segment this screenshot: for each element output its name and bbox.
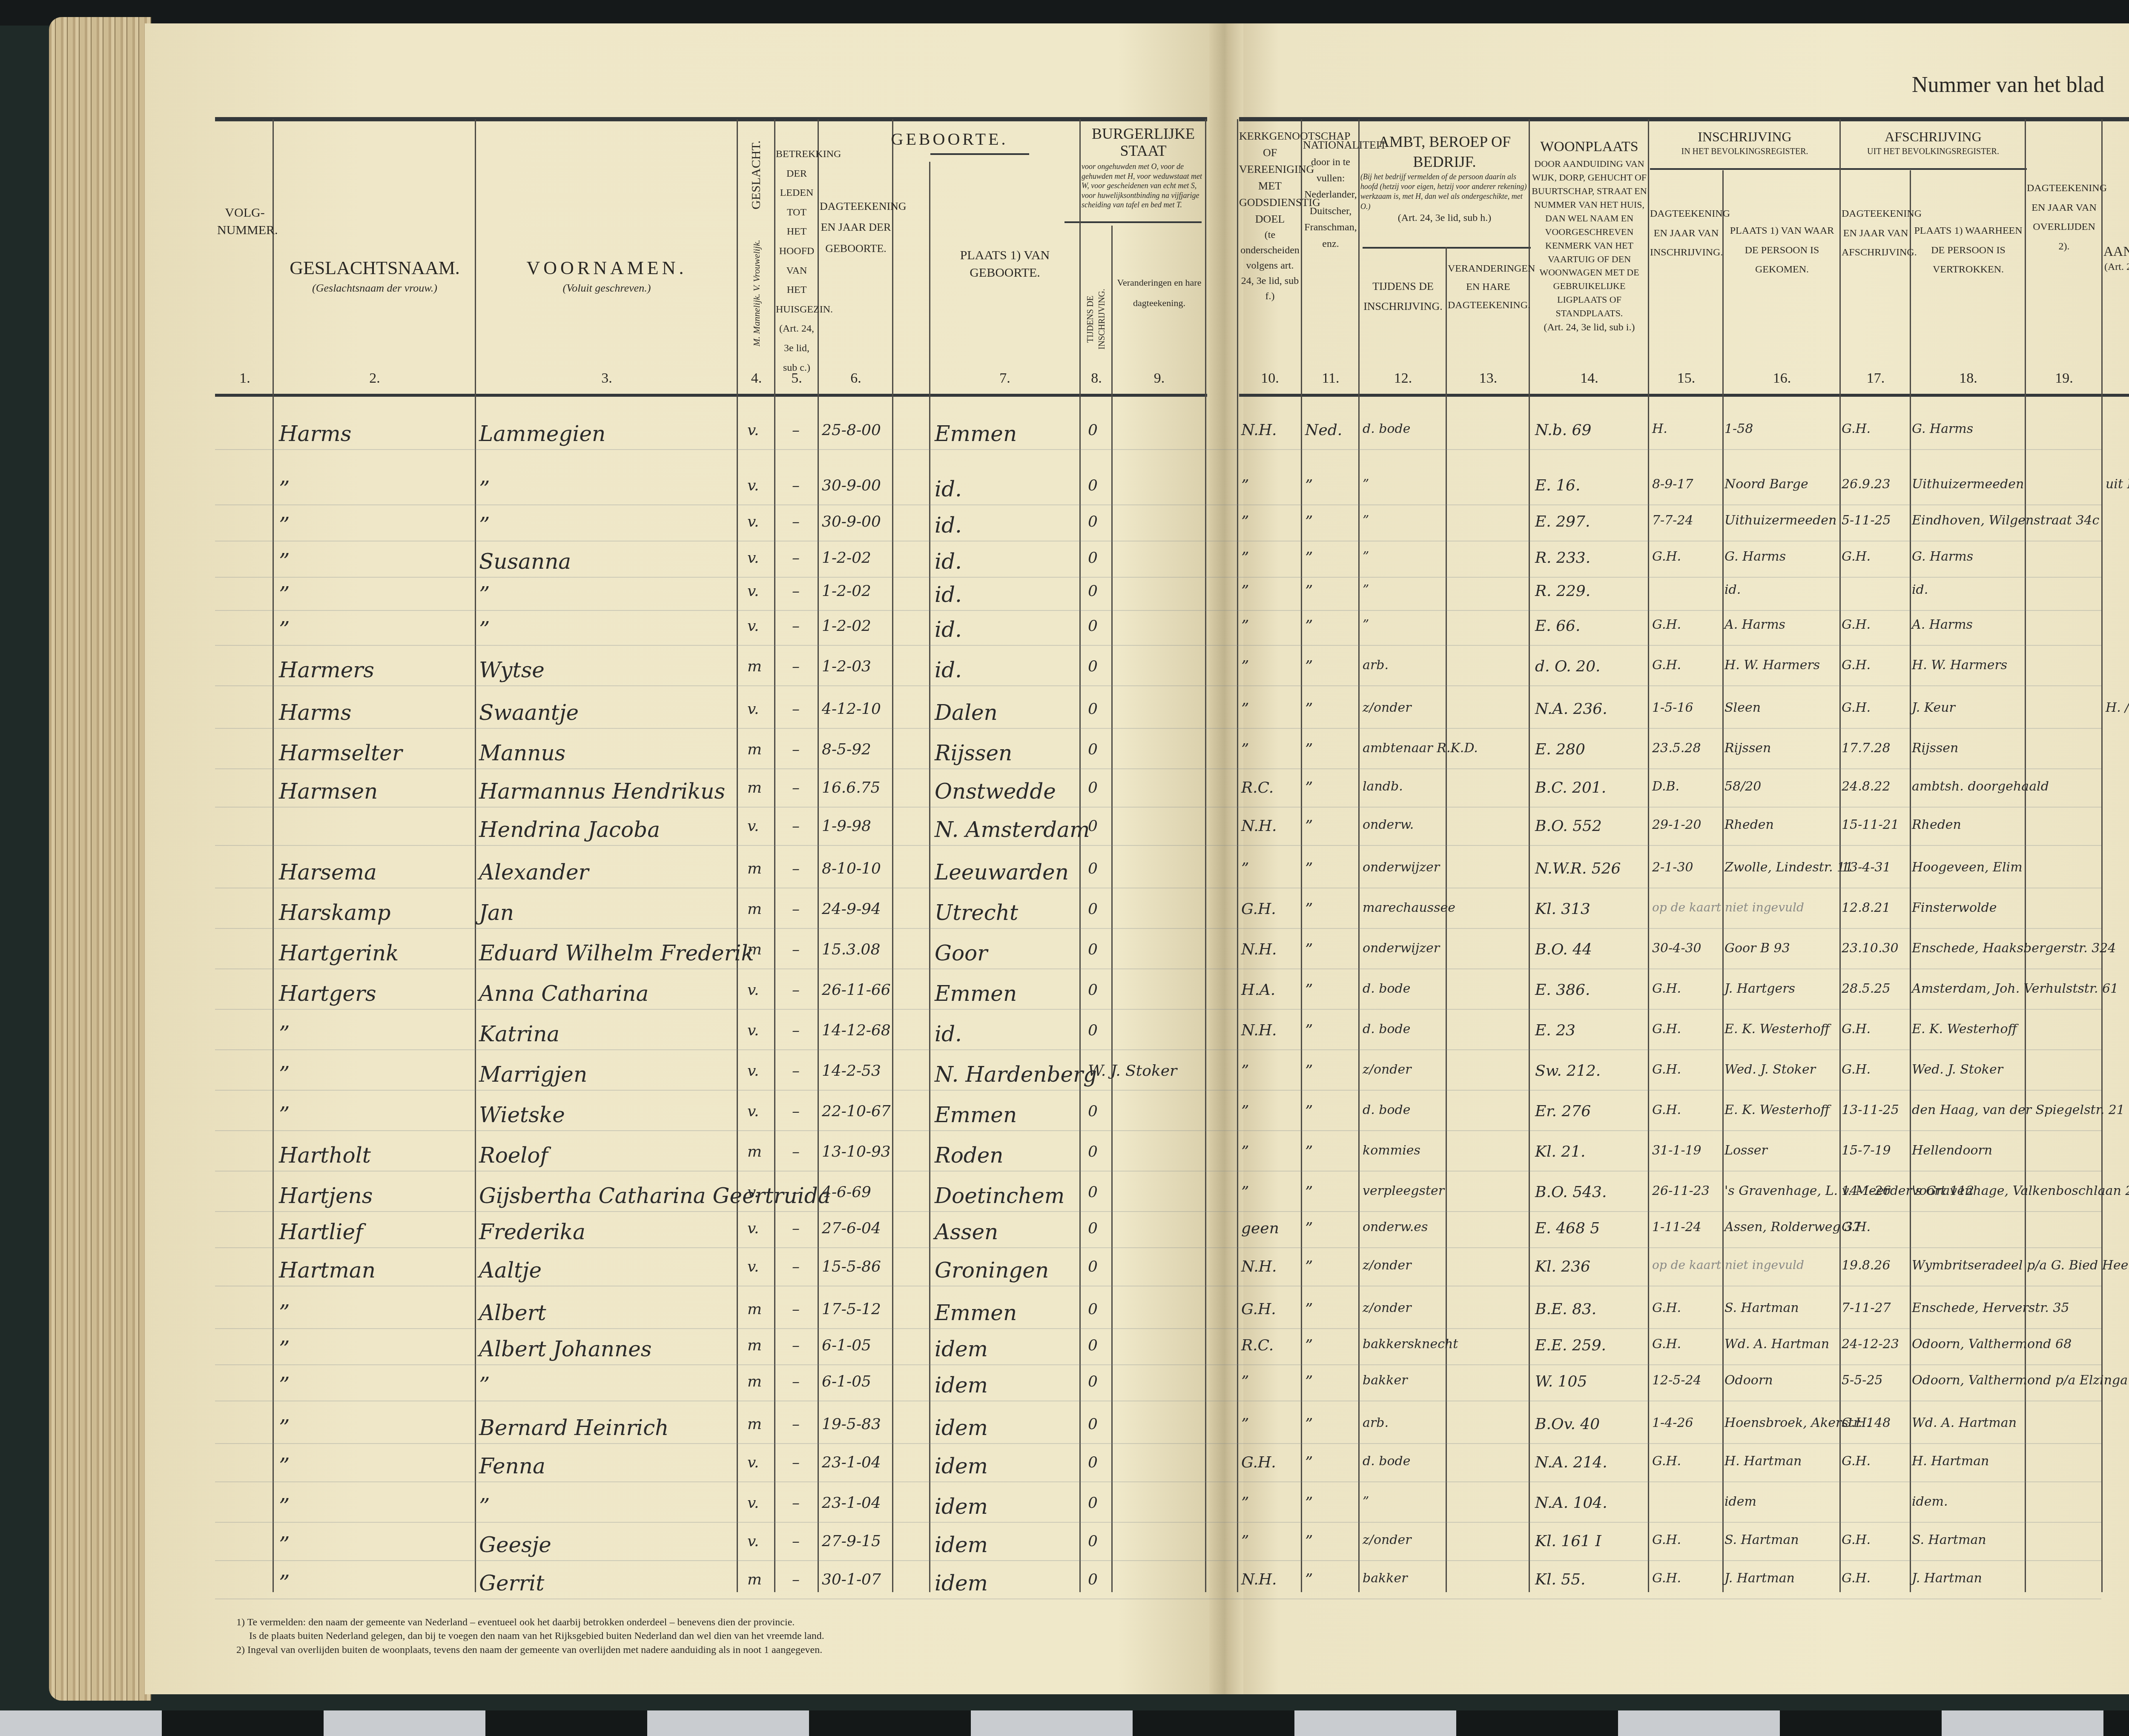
cell-given: Gijsbertha Catharina Geertruida xyxy=(479,1183,831,1208)
header-col1: Volg-nummer. xyxy=(217,204,273,239)
cell-ins-from: E. K. Westerhoff xyxy=(1724,1103,1830,1117)
row-ruling xyxy=(215,1130,2101,1131)
cell-born: 22-10-67 xyxy=(822,1103,891,1120)
row-ruling xyxy=(215,504,2101,505)
col-number-19: 19. xyxy=(2027,370,2101,387)
cell-address: N.A. 104. xyxy=(1535,1494,1607,1512)
cell-civil: 0 xyxy=(1088,513,1098,530)
cell-surname: Harmsen xyxy=(279,779,378,804)
cell-civil: 0 xyxy=(1088,582,1098,600)
cell-occ: arb. xyxy=(1363,658,1389,673)
header-col2-sub: (Geslachtsnaam der vrouw.) xyxy=(275,281,475,295)
cell-born: 27-9-15 xyxy=(822,1533,881,1550)
cell-occ: ” xyxy=(1363,1494,1369,1509)
cell-surname: Hartgerink xyxy=(279,941,399,965)
header-top-rule xyxy=(215,117,1207,121)
cell-ins-from: G. Harms xyxy=(1724,549,1786,564)
header-col10: Kerkgenootschap of vereeniging met godsd… xyxy=(1239,128,1301,304)
header-ambt-sub: (Bij het bedrijf vermelden of de persoon… xyxy=(1360,172,1529,212)
cell-occ: kommies xyxy=(1363,1143,1420,1158)
cell-place: idem xyxy=(935,1337,988,1361)
cell-ins-date: 2-1-30 xyxy=(1652,860,1693,875)
cell-civil: 0 xyxy=(1088,658,1098,675)
cell-church: ” xyxy=(1241,1373,1249,1390)
cell-civil: 0 xyxy=(1088,1220,1098,1237)
cell-ins-date: 23.5.28 xyxy=(1652,741,1701,756)
cell-afs-date: 12.8.21 xyxy=(1842,900,1891,915)
cell-rel: – xyxy=(792,513,800,530)
cell-occ: arb. xyxy=(1363,1415,1389,1430)
cell-place: idem xyxy=(935,1454,988,1478)
cell-sex: m xyxy=(747,1143,762,1160)
header-ambt-art: (Art. 24, 3e lid, sub h.) xyxy=(1360,212,1529,225)
cell-church: R.C. xyxy=(1241,779,1274,796)
cell-nat: ” xyxy=(1305,1533,1313,1550)
cell-given: Frederika xyxy=(479,1220,585,1244)
cell-address: B.O. 552 xyxy=(1535,817,1602,835)
cell-born: 30-9-00 xyxy=(822,477,881,494)
cell-occ: ” xyxy=(1363,582,1369,597)
header-col11-title: Nationaliteit xyxy=(1303,136,1358,154)
cell-civil: 0 xyxy=(1088,477,1098,494)
cell-given: Bernard Heinrich xyxy=(479,1415,669,1440)
cell-place: idem xyxy=(935,1415,988,1440)
row-ruling xyxy=(215,968,2101,969)
cell-surname: Harmers xyxy=(279,658,374,682)
cell-given: Susanna xyxy=(479,549,571,574)
cell-address: B.O. 543. xyxy=(1535,1183,1607,1201)
header-inschrijving: Inschrijving in het bevolkingsregister. xyxy=(1650,128,1839,158)
cell-born: 15.3.08 xyxy=(822,941,880,958)
cell-rel: – xyxy=(792,549,800,567)
cell-ins-from: H. W. Harmers xyxy=(1724,658,1820,673)
cell-place: Assen xyxy=(935,1220,998,1244)
cell-civil: 0 xyxy=(1088,1103,1098,1120)
cell-place: id. xyxy=(935,1022,962,1046)
cell-surname: Harskamp xyxy=(279,900,391,925)
cell-surname: Hartjens xyxy=(279,1183,373,1208)
header-col4-sub: M. Mannelijk. V. Vrouwelijk. xyxy=(750,240,763,347)
header-col9: Veranderingen en hare dagteekening. xyxy=(1113,272,1205,314)
col-divider xyxy=(1111,226,1113,1592)
cell-sex: v. xyxy=(747,582,759,600)
cell-born: 6-1-05 xyxy=(822,1337,871,1354)
cell-civil: 0 xyxy=(1088,1337,1098,1354)
cell-surname: ” xyxy=(279,1494,290,1519)
cell-afs-date: G.H. xyxy=(1842,1415,1871,1430)
row-ruling xyxy=(215,928,2101,929)
col-number-7: 7. xyxy=(930,370,1079,387)
cell-ins-from: Odoorn xyxy=(1724,1373,1773,1388)
cell-rel: – xyxy=(792,658,800,675)
cell-ins-date: 7-7-24 xyxy=(1652,513,1693,528)
cell-nat: ” xyxy=(1305,617,1313,635)
cell-given: Geesje xyxy=(479,1533,551,1557)
cell-ins-date: G.H. xyxy=(1652,1103,1681,1117)
cell-church: H.A. xyxy=(1241,981,1275,999)
cell-afs-to: G. Harms xyxy=(1912,549,1973,564)
header-col5-title: Betrekking der leden tot het hoofd van h… xyxy=(776,145,818,319)
footnote-2: 2) Ingeval van overlijden buiten de woon… xyxy=(236,1643,824,1657)
row-ruling xyxy=(215,1328,2101,1329)
cell-born: 1-2-02 xyxy=(822,617,871,635)
cell-ins-from: A. Harms xyxy=(1724,617,1785,632)
cell-afs-date: G.H. xyxy=(1842,1022,1871,1037)
cell-church: ” xyxy=(1241,582,1249,600)
cell-born: 8-5-92 xyxy=(822,741,871,758)
cell-civil: 0 xyxy=(1088,1301,1098,1318)
cell-surname: ” xyxy=(279,1571,290,1596)
cell-nat: ” xyxy=(1305,1183,1313,1201)
cell-afs-date: 7-11-27 xyxy=(1842,1301,1891,1315)
cell-rel: – xyxy=(792,617,800,635)
cell-rel: – xyxy=(792,1220,800,1237)
cell-given: Aaltje xyxy=(479,1258,542,1283)
cell-occ: d. bode xyxy=(1363,981,1411,996)
sheet-number-label: Nummer van het blad xyxy=(1912,72,2104,97)
col-divider xyxy=(1079,119,1081,1592)
col-number-13: 13. xyxy=(1448,370,1529,387)
row-ruling xyxy=(215,888,2101,888)
cell-afs-date: 13-4-31 xyxy=(1842,860,1891,875)
header-geboorte: Geboorte. xyxy=(820,128,1079,151)
cell-place: Onstwedde xyxy=(935,779,1056,804)
cell-rel: – xyxy=(792,860,800,877)
cell-afs-to: S. Hartman xyxy=(1912,1533,1986,1547)
cell-surname: Harms xyxy=(279,421,351,446)
cell-ins-from: Rheden xyxy=(1724,817,1774,832)
col-divider xyxy=(1237,119,1238,1592)
cell-occ: d. bode xyxy=(1363,1454,1411,1469)
cell-nat: ” xyxy=(1305,1062,1313,1080)
row-ruling xyxy=(215,577,2101,578)
cell-address: Kl. 236 xyxy=(1535,1258,1590,1275)
header-col15: Dagteekening en jaar van inschrijving. xyxy=(1650,204,1722,263)
cell-address: B.Ov. 40 xyxy=(1535,1415,1600,1433)
cell-afs-date: 5-5-25 xyxy=(1842,1373,1883,1388)
cell-surname: ” xyxy=(279,1103,290,1127)
cell-occ: z/onder xyxy=(1363,700,1412,715)
cell-surname: ” xyxy=(279,582,290,607)
cell-church: N.H. xyxy=(1241,1571,1277,1588)
cell-church: ” xyxy=(1241,1183,1249,1201)
cell-afs-to: H. W. Harmers xyxy=(1912,658,2007,673)
cell-surname: Hartlief xyxy=(279,1220,363,1244)
cell-rel: – xyxy=(792,941,800,958)
header-col14-art: (Art. 24, 3e lid, sub i.) xyxy=(1531,320,1648,335)
cell-afs-date: 24.8.22 xyxy=(1842,779,1891,794)
cell-church: ” xyxy=(1241,477,1249,494)
cell-occ: ” xyxy=(1363,549,1369,564)
row-ruling xyxy=(215,1286,2101,1286)
cell-church: G.H. xyxy=(1241,1301,1276,1318)
row-ruling xyxy=(215,1364,2101,1365)
cell-church: G.H. xyxy=(1241,900,1276,918)
cell-nat: ” xyxy=(1305,981,1313,999)
cell-civil: 0 xyxy=(1088,1533,1098,1550)
cell-rel: – xyxy=(792,1373,800,1390)
cell-given: Mannus xyxy=(479,741,565,765)
header-inschrijving-sub: in het bevolkingsregister. xyxy=(1650,146,1839,158)
cell-place: id. xyxy=(935,582,962,607)
cell-church: N.H. xyxy=(1241,421,1277,439)
row-ruling xyxy=(215,645,2101,646)
cell-church: ” xyxy=(1241,1062,1249,1080)
cell-afs-to: G. Harms xyxy=(1912,421,1973,436)
cell-given: Anna Catharina xyxy=(479,981,648,1006)
cell-afs-date: 5-11-25 xyxy=(1842,513,1891,528)
cell-sex: v. xyxy=(747,617,759,635)
header-bottom-rule-right xyxy=(1239,394,2129,397)
cell-ins-date: 29-1-20 xyxy=(1652,817,1701,832)
cell-afs-to: Hellendoorn xyxy=(1912,1143,1992,1158)
cell-rel: – xyxy=(792,582,800,600)
footnotes: 1) Te vermelden: den naam der gemeente v… xyxy=(236,1616,824,1657)
cell-afs-to: Hoogeveen, Elim xyxy=(1912,860,2023,875)
cell-civil: 0 xyxy=(1088,941,1098,958)
header-col2-title: Geslachtsnaam. xyxy=(275,255,475,281)
cell-rel: – xyxy=(792,981,800,999)
cell-civil: 0 xyxy=(1088,1183,1098,1201)
cell-church: ” xyxy=(1241,617,1249,635)
cell-rel: – xyxy=(792,779,800,796)
cell-occ: d. bode xyxy=(1363,421,1411,436)
cell-rel: – xyxy=(792,1533,800,1550)
cell-address: E. 23 xyxy=(1535,1022,1575,1039)
cell-rel: – xyxy=(792,900,800,918)
cell-place: Utrecht xyxy=(935,900,1018,925)
cell-ins-date: G.H. xyxy=(1652,981,1681,996)
cell-sex: v. xyxy=(747,1494,759,1512)
cell-sex: m xyxy=(747,860,762,877)
cell-ins-date: G.H. xyxy=(1652,1571,1681,1586)
col-number-11: 11. xyxy=(1303,370,1358,387)
cell-ins-from: Wd. A. Hartman xyxy=(1724,1337,1829,1352)
header-col8-title: Tijdens de inschrijving. xyxy=(1085,268,1108,370)
cell-born: 15-5-86 xyxy=(822,1258,881,1275)
cell-afs-date: G.H. xyxy=(1842,617,1871,632)
col-divider xyxy=(1648,119,1649,1592)
cell-nat: ” xyxy=(1305,1022,1313,1039)
cell-place: N. Hardenberg xyxy=(935,1062,1097,1087)
col-number-12: 12. xyxy=(1360,370,1446,387)
cell-occ: onderwijzer xyxy=(1363,941,1440,956)
cell-afs-date: G.H. xyxy=(1842,1454,1871,1469)
cell-ins-from: id. xyxy=(1724,582,1741,597)
cell-given: Harmannus Hendrikus xyxy=(479,779,725,804)
footnote-1: 1) Te vermelden: den naam der gemeente v… xyxy=(236,1616,824,1629)
cell-given: Albert Johannes xyxy=(479,1337,651,1361)
col-number-17: 17. xyxy=(1842,370,1910,387)
row-ruling xyxy=(215,449,2101,450)
cell-ins-from: E. K. Westerhoff xyxy=(1724,1022,1830,1037)
cell-civil: W. J. Stoker xyxy=(1088,1062,1177,1080)
cell-church: N.H. xyxy=(1241,941,1277,958)
cell-born: 30-9-00 xyxy=(822,513,881,530)
header-top-rule-right xyxy=(1239,117,2129,121)
cell-place: N. Amsterdam xyxy=(935,817,1090,842)
cell-born: 4-12-10 xyxy=(822,700,881,718)
cell-church: N.H. xyxy=(1241,1022,1277,1039)
cell-surname: Harmselter xyxy=(279,741,402,765)
cell-given: Marrigjen xyxy=(479,1062,587,1087)
cell-born: 1-2-02 xyxy=(822,549,871,567)
cell-address: R. 233. xyxy=(1535,549,1590,567)
cell-afs-date: G.H. xyxy=(1842,1533,1871,1547)
col-divider xyxy=(1358,119,1360,1592)
cell-occ: bakker xyxy=(1363,1571,1408,1586)
cell-church: ” xyxy=(1241,1143,1249,1160)
col-divider xyxy=(2025,119,2026,1592)
cell-occ: ” xyxy=(1363,513,1369,528)
cell-rel: – xyxy=(792,1494,800,1512)
cell-given: Wietske xyxy=(479,1103,565,1127)
cell-nat: ” xyxy=(1305,1571,1313,1588)
cell-nat: ” xyxy=(1305,741,1313,758)
cell-surname: ” xyxy=(279,1301,290,1325)
cell-surname: ” xyxy=(279,1373,290,1398)
cell-afs-to: idem. xyxy=(1912,1494,1948,1509)
cell-sex: v. xyxy=(747,1103,759,1120)
cell-place: Leeuwarden xyxy=(935,860,1069,885)
cell-given: Lammegien xyxy=(479,421,605,446)
cell-ins-from: 1-58 xyxy=(1724,421,1753,436)
cell-afs-date: G.H. xyxy=(1842,549,1871,564)
cell-sex: m xyxy=(747,1337,762,1354)
header-col14: Woonplaats door aanduiding van wijk, dor… xyxy=(1531,136,1648,335)
col-divider xyxy=(1529,119,1530,1592)
cell-address: E. 468 5 xyxy=(1535,1220,1600,1237)
cell-civil: 0 xyxy=(1088,549,1098,567)
cell-nat: ” xyxy=(1305,1454,1313,1471)
cell-ins-date: 26-11-23 xyxy=(1652,1183,1710,1198)
row-ruling xyxy=(215,1247,2101,1248)
cell-born: 6-1-05 xyxy=(822,1373,871,1390)
col-divider xyxy=(1205,119,1206,1592)
cell-born: 1-9-98 xyxy=(822,817,871,835)
header-burgerlijke-staat: Burgerlijke staat voor ongehuwden met O,… xyxy=(1082,126,1205,210)
cell-born: 24-9-94 xyxy=(822,900,881,918)
cell-nat: ” xyxy=(1305,1337,1313,1354)
cell-afs-date: G.H. xyxy=(1842,1062,1871,1077)
cell-address: d. O. 20. xyxy=(1535,658,1600,675)
cell-nat: ” xyxy=(1305,1258,1313,1275)
col-divider xyxy=(1722,170,1724,1592)
cell-occ: ambtenaar R.K.D. xyxy=(1363,741,1478,756)
cell-sex: v. xyxy=(747,421,759,439)
cell-surname: ” xyxy=(279,1454,290,1478)
cell-surname: ” xyxy=(279,617,290,642)
cell-afs-to: Wymbritseradeel p/a G. Bied Heep xyxy=(1912,1258,2129,1273)
cell-place: idem xyxy=(935,1494,988,1519)
cell-ins-date: G.H. xyxy=(1652,1533,1681,1547)
cell-ins-date: op de kaart niet ingevuld xyxy=(1652,1258,1804,1272)
cell-occ: onderwijzer xyxy=(1363,860,1440,875)
row-ruling xyxy=(215,1049,2101,1050)
cell-address: N.b. 69 xyxy=(1535,421,1591,439)
cell-sex: v. xyxy=(747,817,759,835)
col-divider xyxy=(1910,170,1911,1592)
cell-afs-date: 23.10.30 xyxy=(1842,941,1899,956)
header-col14-sub: door aanduiding van wijk, dorp, gehucht … xyxy=(1531,157,1648,320)
col-divider xyxy=(1301,119,1302,1592)
row-ruling xyxy=(215,1211,2101,1212)
cell-sex: m xyxy=(747,1373,762,1390)
header-col20: Aanmerkingen. (Art. 24, 5e lid.) xyxy=(2103,243,2129,274)
cell-given: ” xyxy=(479,582,490,607)
cell-afs-to: Rijssen xyxy=(1912,741,1958,756)
col-number-14: 14. xyxy=(1531,370,1648,387)
cell-ins-date: G.H. xyxy=(1652,1062,1681,1077)
col-number-8: 8. xyxy=(1082,370,1111,387)
cell-born: 13-10-93 xyxy=(822,1143,891,1160)
cell-nat: Ned. xyxy=(1305,421,1342,439)
cell-ins-date: G.H. xyxy=(1652,549,1681,564)
col-divider xyxy=(818,119,819,1592)
cell-born: 30-1-07 xyxy=(822,1571,881,1588)
cell-afs-date: 24-12-23 xyxy=(1842,1337,1899,1352)
col-divider xyxy=(475,119,476,1592)
header-inschrijving-title: Inschrijving xyxy=(1650,128,1839,146)
cell-church: G.H. xyxy=(1241,1454,1276,1471)
header-ambt-title: Ambt, beroep of bedrijf. xyxy=(1360,132,1529,172)
header-col10-title: Kerkgenootschap of vereeniging met godsd… xyxy=(1239,128,1301,227)
cell-rel: – xyxy=(792,1454,800,1471)
cell-place: idem xyxy=(935,1373,988,1398)
cell-address: N.A. 236. xyxy=(1535,700,1607,718)
cell-ins-from: idem xyxy=(1724,1494,1756,1509)
cell-given: Roelof xyxy=(479,1143,548,1168)
header-col4-title: Geslacht. xyxy=(748,140,765,209)
col-number-2: 2. xyxy=(275,370,475,387)
cell-nat: ” xyxy=(1305,1494,1313,1512)
header-col10-sub: (te onderscheiden volgens art. 24, 3e li… xyxy=(1239,227,1301,304)
col-number-16: 16. xyxy=(1724,370,1839,387)
cell-civil: 0 xyxy=(1088,1415,1098,1433)
cell-church: geen xyxy=(1241,1220,1279,1237)
row-ruling xyxy=(215,541,2101,541)
cell-sex: v. xyxy=(747,1062,759,1080)
row-ruling xyxy=(215,1090,2101,1091)
cell-place: id. xyxy=(935,617,962,642)
cell-civil: 0 xyxy=(1088,981,1098,999)
cell-given: Gerrit xyxy=(479,1571,544,1596)
color-calibration-strip xyxy=(0,1710,2129,1736)
cell-sex: m xyxy=(747,658,762,675)
cell-afs-date: 14-1-26 xyxy=(1842,1183,1891,1198)
cell-nat: ” xyxy=(1305,582,1313,600)
header-col5-sub: (Art. 24, 3e lid, sub c.) xyxy=(776,319,818,378)
cell-church: ” xyxy=(1241,700,1249,718)
cell-civil: 0 xyxy=(1088,421,1098,439)
cell-ins-from: Losser xyxy=(1724,1143,1767,1158)
cell-ins-from: Uithuizermeeden xyxy=(1724,513,1836,528)
cell-address: E. 386. xyxy=(1535,981,1590,999)
cell-ins-date: G.H. xyxy=(1652,617,1681,632)
cell-born: 23-1-04 xyxy=(822,1454,881,1471)
col-number-15: 15. xyxy=(1650,370,1722,387)
cell-sex: m xyxy=(747,779,762,796)
row-ruling xyxy=(215,845,2101,846)
cell-remarks: H. / 169 xyxy=(2106,700,2129,715)
cell-place: id. xyxy=(935,477,962,501)
cell-born: 26-11-66 xyxy=(822,981,891,999)
cell-ins-date: op de kaart niet ingevuld xyxy=(1652,900,1804,914)
cell-ins-date: 1-5-16 xyxy=(1652,700,1693,715)
header-col5: Betrekking der leden tot het hoofd van h… xyxy=(776,145,818,378)
cell-rel: – xyxy=(792,1183,800,1201)
cell-afs-date: 19.8.26 xyxy=(1842,1258,1891,1273)
